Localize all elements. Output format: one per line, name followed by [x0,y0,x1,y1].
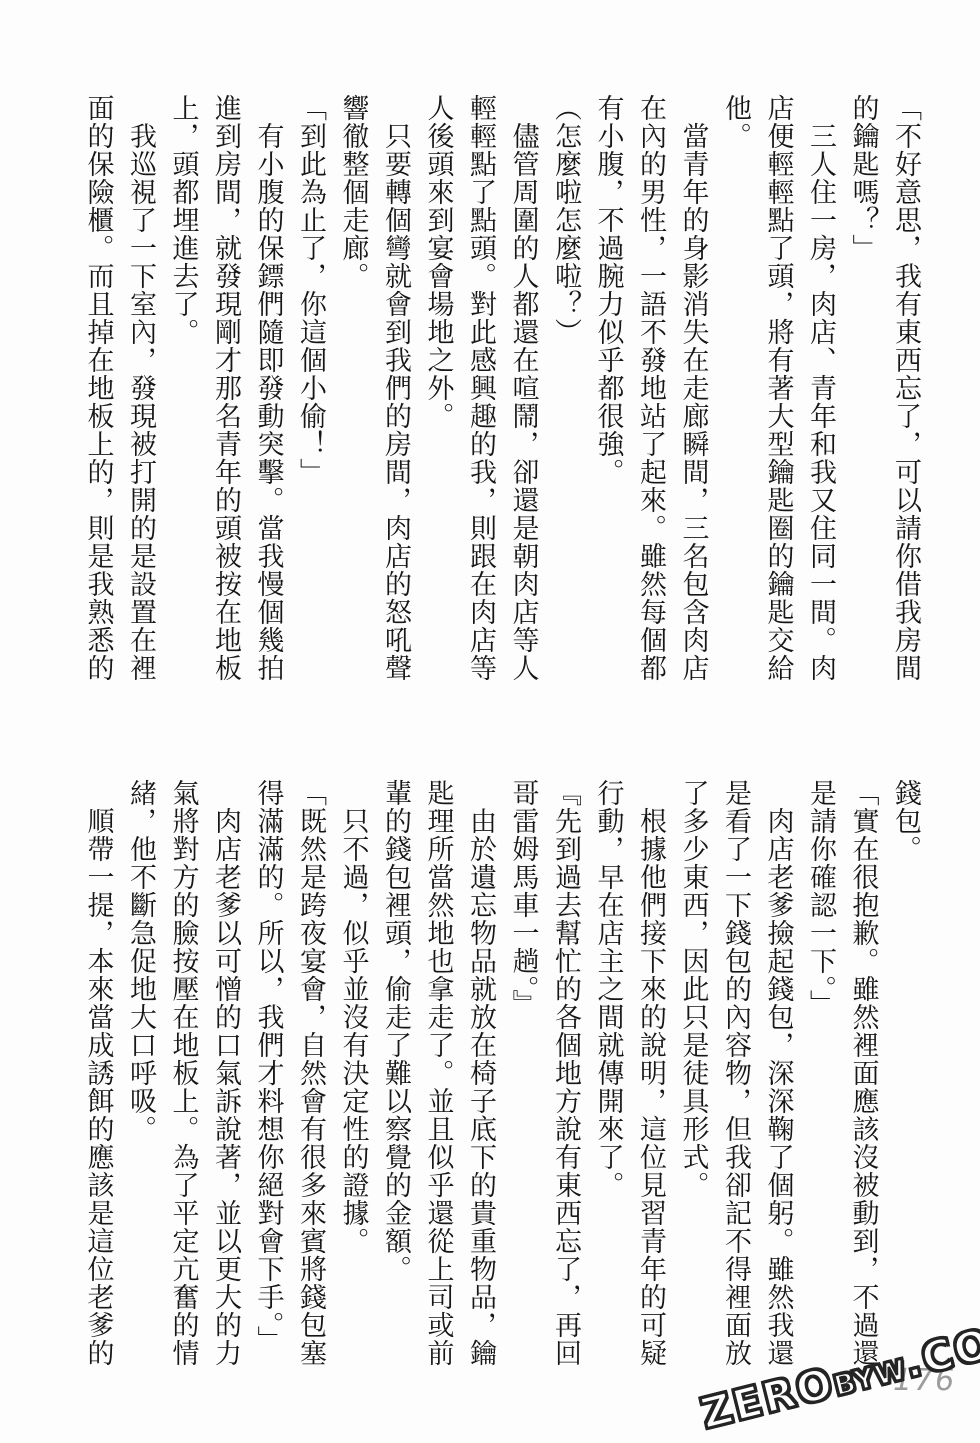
text-column: 輕輕點了點頭。對此感興趣的我，則跟在肉店等 [460,94,503,694]
text-column: 有小腹，不過腕力似乎都很強。 [587,94,630,694]
text-column: 得滿滿的。所以，我們才料想你絕對會下手。」 [247,779,290,1369]
text-column: 「實在很抱歉。雖然裡面應該沒被動到，不過還 [842,779,885,1369]
text-column: 進到房間，就發現剛才那名青年的頭被按在地板 [205,94,248,694]
text-column: 肉店老爹撿起錢包，深深鞠了個躬。雖然我還 [757,779,800,1369]
text-column: 我巡視了一下室內，發現被打開的是設置在裡 [120,94,163,694]
text-column: 輩的錢包裡頭，偷走了難以察覺的金額。 [375,779,418,1369]
text-column: 『先到過去幫忙的各個地方說有東西忘了，再回 [545,779,588,1369]
text-column: 當青年的身影消失在走廊瞬間，三名包含肉店 [672,94,715,694]
text-column: 上，頭都埋進去了。 [162,94,205,694]
text-column: 在內的男性，一語不發地站了起來。雖然每個都 [630,94,673,694]
text-column: 人後頭來到宴會場地之外。 [417,94,460,694]
text-column: 是看了一下錢包的內容物，但我卻記不得裡面放 [715,779,758,1369]
text-column: 匙理所當然地也拿走了。並且似乎還從上司或前 [417,779,460,1369]
text-column: 響徹整個走廊。 [332,94,375,694]
text-column: 錢包。 [885,779,928,1369]
text-column: 店便輕輕點了頭，將有著大型鑰匙圈的鑰匙交給 [757,94,800,694]
text-column: 氣將對方的臉按壓在地板上。為了平定亢奮的情 [162,779,205,1369]
text-column: 緒，他不斷急促地大口呼吸。 [120,779,163,1369]
text-column: 只不過，似乎並沒有決定性的證據。 [332,779,375,1369]
text-column: 哥雷姆馬車一趟。』 [502,779,545,1369]
text-column: （怎麼啦怎麼啦？） [545,94,588,694]
text-column: 只要轉個彎就會到我們的房間，肉店的怒吼聲 [375,94,418,694]
text-column: 根據他們接下來的說明，這位見習青年的可疑 [630,779,673,1369]
text-column: 的鑰匙嗎？」 [842,94,885,694]
watermark-zero: ZERO [696,1358,839,1438]
upper-text-block: 「不好意思，我有東西忘了，可以請你借我房間的鑰匙嗎？」三人住一房，肉店、青年和我… [77,94,927,694]
text-column: 行動，早在店主之間就傳開來了。 [587,779,630,1369]
text-column: 有小腹的保鏢們隨即發動突擊。當我慢個幾拍 [247,94,290,694]
text-column: 「既然是跨夜宴會，自然會有很多來賓將錢包塞 [290,779,333,1369]
text-column: 順帶一提，本來當成誘餌的應該是這位老爹的 [77,779,120,1369]
text-column: 了多少東西，因此只是徒具形式。 [672,779,715,1369]
text-column: 面的保險櫃。而且掉在地板上的，則是我熟悉的 [77,94,120,694]
text-column: 是請你確認一下。」 [800,779,843,1369]
text-column: 由於遺忘物品就放在椅子底下的貴重物品，鑰 [460,779,503,1369]
text-column: 儘管周圍的人都還在喧鬧，卻還是朝肉店等人 [502,94,545,694]
book-page: 「不好意思，我有東西忘了，可以請你借我房間的鑰匙嗎？」三人住一房，肉店、青年和我… [0,0,980,1443]
text-column: 「不好意思，我有東西忘了，可以請你借我房間 [885,94,928,694]
text-column: 三人住一房，肉店、青年和我又住同一間。肉 [800,94,843,694]
text-column: 肉店老爹以可憎的口氣訴說著，並以更大的力 [205,779,248,1369]
text-column: 他。 [715,94,758,694]
lower-text-block: 錢包。「實在很抱歉。雖然裡面應該沒被動到，不過還是請你確認一下。」肉店老爹撿起錢… [77,779,927,1369]
text-column: 「到此為止了，你這個小偷！」 [290,94,333,694]
